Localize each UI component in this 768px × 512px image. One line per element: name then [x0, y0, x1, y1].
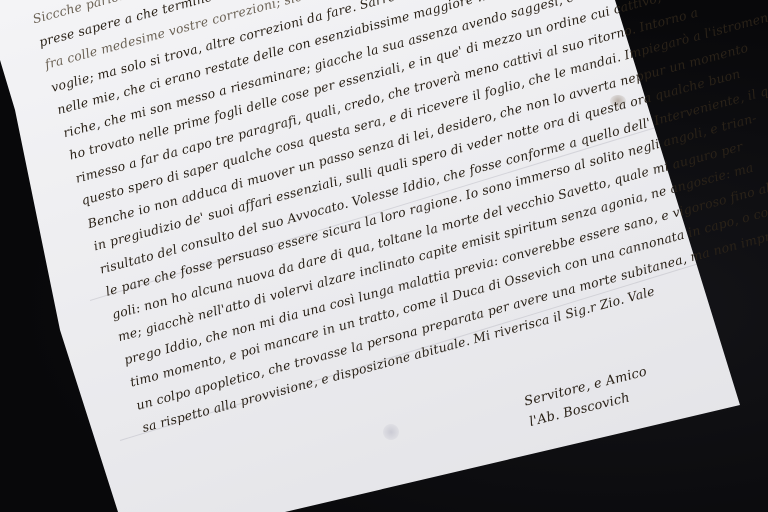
paper-blemish [383, 424, 399, 440]
